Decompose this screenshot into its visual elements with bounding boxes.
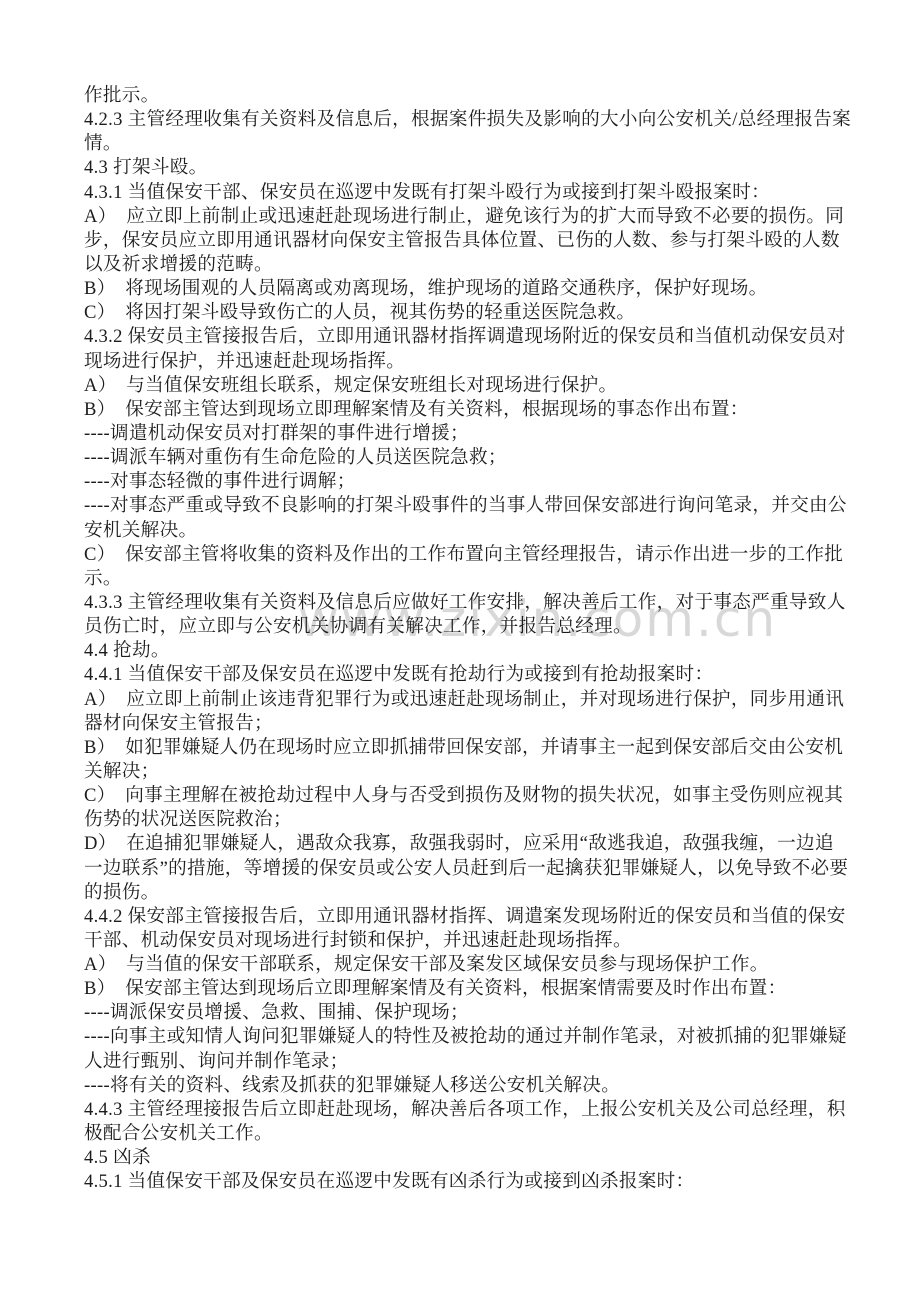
text-line: 关解决； (84, 760, 896, 784)
text-line: 现场进行保护，并迅速赶赴现场指挥。 (84, 350, 896, 374)
text-line: 极配合公安机关工作。 (84, 1122, 896, 1146)
text-line: 4.3.1 当值保安干部、保安员在巡逻中发既有打架斗殴行为或接到打架斗殴报案时： (84, 181, 896, 205)
text-line: C） 将因打架斗殴导致伤亡的人员，视其伤势的轻重送医院急救。 (84, 301, 896, 325)
text-line: 以及祈求增援的范畴。 (84, 253, 896, 277)
text-line: C） 向事主理解在被抢劫过程中人身与否受到损伤及财物的损失状况，如事主受伤则应视… (84, 784, 896, 808)
text-line: 步，保安员应立即用通讯器材向保安主管报告具体位置、已伤的人数、参与打架斗殴的人数 (84, 229, 896, 253)
text-line: B） 如犯罪嫌疑人仍在现场时应立即抓捕带回保安部，并请事主一起到保安部后交由公安… (84, 736, 896, 760)
text-line: A） 应立即上前制止该违背犯罪行为或迅速赶赴现场制止，并对现场进行保护，同步用通… (84, 688, 896, 712)
document-page: www.zixin.com.cn 作批示。4.2.3 主管经理收集有关资料及信息… (0, 0, 920, 1302)
text-line: D） 在追捕犯罪嫌疑人，遇敌众我寡，敌强我弱时，应采用“敌逃我追，敌强我缠，一边… (84, 832, 896, 856)
text-line: A） 与当值保安班组长联系，规定保安班组长对现场进行保护。 (84, 374, 896, 398)
text-line: 示。 (84, 567, 896, 591)
text-line: 作批示。 (84, 84, 896, 108)
text-line: 情。 (84, 132, 896, 156)
text-line: A） 应立即上前制止或迅速赶赴现场进行制止，避免该行为的扩大而导致不必要的损伤。… (84, 205, 896, 229)
text-line: 器材向保安主管报告； (84, 712, 896, 736)
text-line: 安机关解决。 (84, 519, 896, 543)
text-line: ----调遣机动保安员对打群架的事件进行增援； (84, 422, 896, 446)
text-line: ----向事主或知情人询问犯罪嫌疑人的特性及被抢劫的通过并制作笔录，对被抓捕的犯… (84, 1025, 896, 1049)
text-line: 4.4.1 当值保安干部及保安员在巡逻中发既有抢劫行为或接到有抢劫报案时： (84, 663, 896, 687)
text-line: 的损伤。 (84, 881, 896, 905)
text-line: B） 保安部主管达到现场后立即理解案情及有关资料，根据案情需要及时作出布置： (84, 977, 896, 1001)
text-line: 4.3 打架斗殴。 (84, 156, 896, 180)
text-line: 4.3.3 主管经理收集有关资料及信息后应做好工作安排，解决善后工作，对于事态严… (84, 591, 896, 615)
text-line: 4.4.3 主管经理接报告后立即赶赴现场，解决善后各项工作，上报公安机关及公司总… (84, 1098, 896, 1122)
text-line: 员伤亡时，应立即与公安机关协调有关解决工作，并报告总经理。 (84, 615, 896, 639)
text-line: 一边联系”的措施，等增援的保安员或公安人员赶到后一起擒获犯罪嫌疑人，以免导致不必… (84, 857, 896, 881)
text-line: B） 保安部主管达到现场立即理解案情及有关资料，根据现场的事态作出布置： (84, 398, 896, 422)
text-line: B） 将现场围观的人员隔离或劝离现场，维护现场的道路交通秩序，保护好现场。 (84, 277, 896, 301)
text-line: C） 保安部主管将收集的资料及作出的工作布置向主管经理报告，请示作出进一步的工作… (84, 543, 896, 567)
text-line: ----将有关的资料、线索及抓获的犯罪嫌疑人移送公安机关解决。 (84, 1074, 896, 1098)
text-line: ----调派保安员增援、急救、围捕、保护现场； (84, 1001, 896, 1025)
text-line: 干部、机动保安员对现场进行封锁和保护，并迅速赶赴现场指挥。 (84, 929, 896, 953)
text-line: 伤势的状况送医院救治； (84, 808, 896, 832)
text-line: A） 与当值的保安干部联系，规定保安干部及案发区域保安员参与现场保护工作。 (84, 953, 896, 977)
text-line: ----对事态严重或导致不良影响的打架斗殴事件的当事人带回保安部进行询问笔录，并… (84, 494, 896, 518)
text-line: 4.5.1 当值保安干部及保安员在巡逻中发既有凶杀行为或接到凶杀报案时： (84, 1170, 896, 1194)
document-body: 作批示。4.2.3 主管经理收集有关资料及信息后，根据案件损失及影响的大小向公安… (84, 84, 896, 1194)
text-line: 4.2.3 主管经理收集有关资料及信息后，根据案件损失及影响的大小向公安机关/总… (84, 108, 896, 132)
text-line: ----对事态轻微的事件进行调解； (84, 470, 896, 494)
text-line: 4.3.2 保安员主管接报告后，立即用通讯器材指挥调遣现场附近的保安员和当值机动… (84, 325, 896, 349)
text-line: 4.5 凶杀 (84, 1146, 896, 1170)
text-line: 人进行甄别、询问并制作笔录； (84, 1050, 896, 1074)
text-line: ----调派车辆对重伤有生命危险的人员送医院急救； (84, 446, 896, 470)
text-line: 4.4.2 保安部主管接报告后，立即用通讯器材指挥、调遣案发现场附近的保安员和当… (84, 905, 896, 929)
text-line: 4.4 抢劫。 (84, 639, 896, 663)
